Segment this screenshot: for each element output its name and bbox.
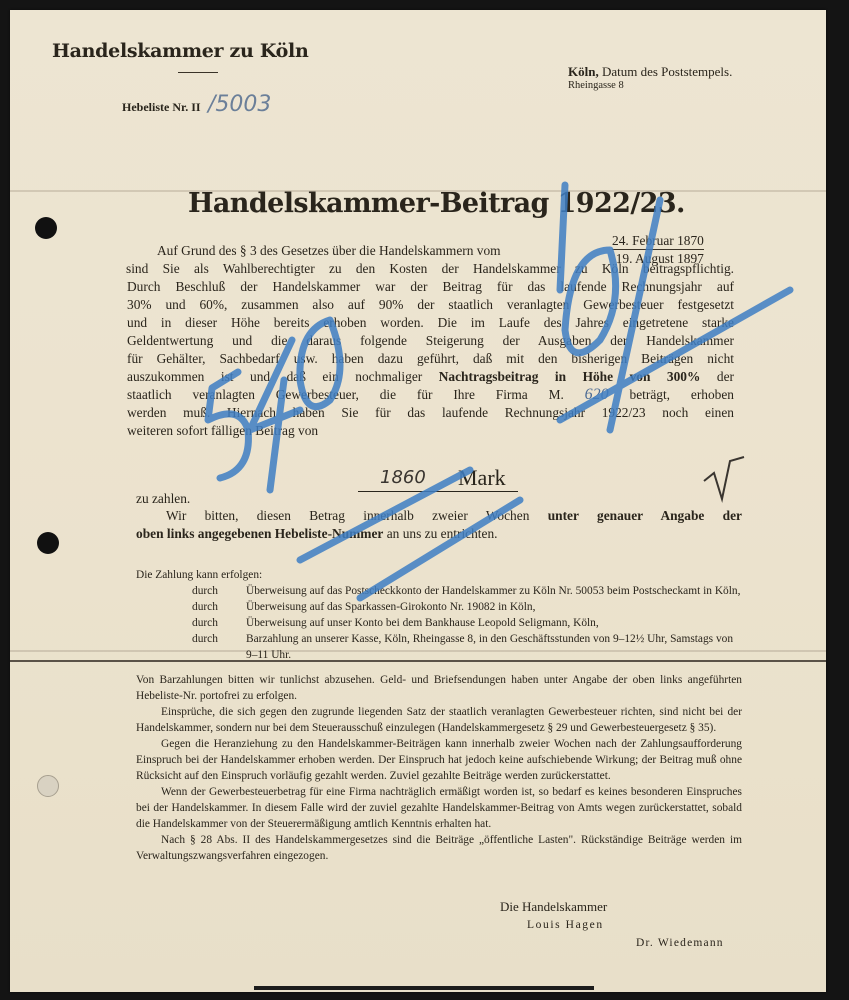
bold-segment: unter genauer Angabe der <box>548 508 742 523</box>
document-title: Handelskammer-Beitrag 1922/23. <box>188 188 685 219</box>
place-date: Köln, Datum des Poststempels. <box>568 64 732 80</box>
text-line: Auf Grund des § 3 des Gesetzes über die … <box>127 242 608 260</box>
text-line: Durch Beschluß der Handelskammer war der… <box>127 278 734 296</box>
payment-method: durchBarzahlung an unserer Kasse, Köln, … <box>192 631 742 663</box>
text-line: Geldentwertung und die daraus folgende S… <box>127 332 734 350</box>
text-line: staatlich veranlagten Gewerbesteuer, die… <box>127 386 734 404</box>
text-line: werden muß. Hiernach haben Sie für das l… <box>127 404 734 422</box>
text-line: für Gehälter, Sachbedarf usw. haben dazu… <box>127 350 734 368</box>
payment-text: Barzahlung an unserer Kasse, Köln, Rhein… <box>246 631 742 663</box>
note-paragraph: Gegen die Heranziehung zu den Handelskam… <box>136 736 742 784</box>
signature-syndic: Dr. Wiedemann <box>636 937 724 949</box>
check-mark-icon <box>700 455 750 505</box>
currency-label: Mark <box>458 465 506 491</box>
payment-method: durchÜberweisung auf das Postscheckkonto… <box>192 583 742 599</box>
amount-handwritten: 1860 <box>380 467 426 488</box>
amount-field: 1860 Mark <box>358 467 518 492</box>
place: Köln, <box>568 64 599 79</box>
text-segment: der <box>700 369 734 384</box>
text-segment: an uns zu entrichten. <box>383 526 497 541</box>
payment-text: Überweisung auf unser Konto bei dem Bank… <box>246 615 742 631</box>
note-paragraph: Von Barzahlungen bitten wir tunlichst ab… <box>136 672 742 704</box>
note-paragraph: Nach § 28 Abs. II des Handelskammergeset… <box>136 832 742 864</box>
note-paragraph: Einsprüche, die sich gegen den zugrunde … <box>136 704 742 736</box>
paper-crease-line <box>10 660 826 662</box>
payment-keyword: durch <box>192 631 246 663</box>
text-segment: Wir bitten, diesen Betrag innerhalb zwei… <box>166 508 548 523</box>
hebeliste-label: Hebeliste Nr. II <box>122 100 201 115</box>
text-line: auszukommen ist und daß ein nochmaliger … <box>127 368 734 386</box>
payment-method: durchÜberweisung auf unser Konto bei dem… <box>192 615 742 631</box>
surcharge-highlight: Nachtragsbeitrag in Höhe von 300% <box>439 369 701 384</box>
text-line: weiteren sofort fälligen Beitrag von <box>127 422 734 440</box>
payment-keyword: durch <box>192 583 246 599</box>
paragraph-request: Wir bitten, diesen Betrag innerhalb zwei… <box>136 507 742 543</box>
text-segment: staatlich veranlagten Gewerbesteuer, die… <box>127 387 585 402</box>
payment-intro: Die Zahlung kann erfolgen: <box>136 567 262 583</box>
hebeliste-number-handwritten: /5003 <box>208 92 271 117</box>
bold-segment: oben links angegebenen Hebeliste-Nummer <box>136 526 383 541</box>
note-paragraph: Wenn der Gewerbesteuerbetrag für eine Fi… <box>136 784 742 832</box>
street-address: Rheingasse 8 <box>568 80 624 91</box>
payment-text: Überweisung auf das Postscheckkonto der … <box>246 583 742 599</box>
signature-organization: Die Handelskammer <box>500 899 607 915</box>
payment-text: Überweisung auf das Sparkassen-Girokonto… <box>246 599 742 615</box>
signature-president: Louis Hagen <box>527 919 604 931</box>
payment-keyword: durch <box>192 599 246 615</box>
payment-methods-list: durchÜberweisung auf das Postscheckkonto… <box>192 583 742 663</box>
text-segment: auszukommen ist und daß ein nochmaliger <box>127 369 439 384</box>
punch-hole <box>35 217 57 239</box>
text-segment: beträgt, erhoben <box>609 387 734 402</box>
paragraph-main: Auf Grund des § 3 des Gesetzes über die … <box>127 242 734 440</box>
payment-method: durchÜberweisung auf das Sparkassen-Giro… <box>192 599 742 615</box>
text-line: 30% und 60%, zusammen also auf 90% der s… <box>127 296 734 314</box>
divider <box>178 72 218 73</box>
text-line: sind Sie als Wahlberechtigter zu den Kos… <box>126 260 734 278</box>
text-line: Wir bitten, diesen Betrag innerhalb zwei… <box>136 507 742 525</box>
zu-zahlen: zu zahlen. <box>136 491 190 507</box>
text-line: und in dieser Höhe bereits erhoben worde… <box>127 314 734 332</box>
payment-keyword: durch <box>192 615 246 631</box>
bottom-edge-bar <box>254 986 594 990</box>
punch-hole <box>37 775 59 797</box>
notes-section: Von Barzahlungen bitten wir tunlichst ab… <box>136 672 742 864</box>
firm-tax-handwritten: 620 <box>585 386 609 403</box>
organization-name: Handelskammer zu Köln <box>52 40 308 62</box>
text-line: oben links angegebenen Hebeliste-Nummer … <box>136 525 742 543</box>
punch-hole <box>37 532 59 554</box>
date-line: Datum des Poststempels. <box>599 64 733 79</box>
